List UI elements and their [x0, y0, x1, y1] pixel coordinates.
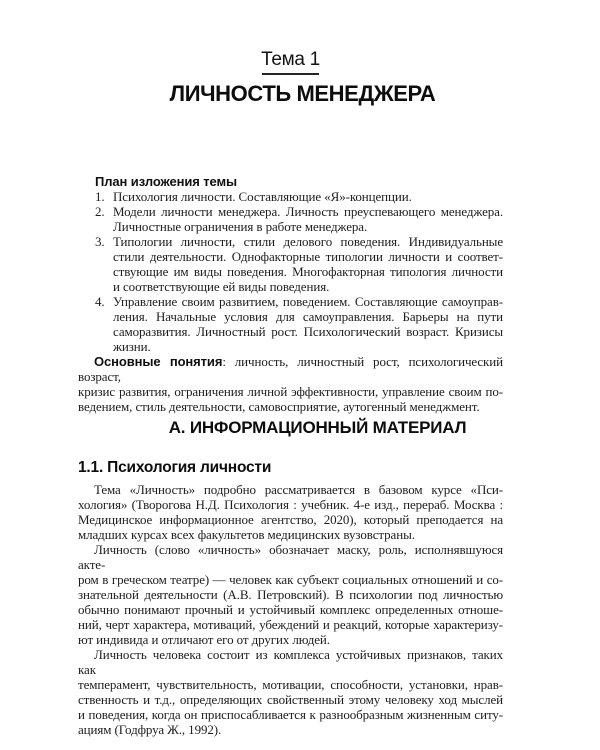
body-text-block: Тема «Личность» подробно рассматривается…	[78, 482, 503, 737]
text-line: ствующие им виды поведения. Многофакторн…	[113, 264, 503, 279]
paragraph: Личность человека состоит из комплекса у…	[78, 647, 503, 737]
text-line: хология» (Творогова Н.Д. Психология : уч…	[78, 497, 503, 512]
text-line: стили деятельности. Однофакторные типоло…	[113, 249, 503, 264]
text-line: ют индивида и отличают его от других люд…	[78, 632, 503, 647]
text-line: ственность и т.д., определяющих свойстве…	[78, 692, 503, 707]
text-line: обычно понимают прочный и устойчивый ком…	[78, 602, 503, 617]
text-line: Управление своим развитием, поведением. …	[113, 294, 503, 309]
section-heading: А. ИНФОРМАЦИОННЫЙ МАТЕРИАЛ	[105, 418, 530, 438]
list-item-number: 4.	[95, 294, 113, 354]
chapter-title: ЛИЧНОСТЬ МЕНЕДЖЕРА	[90, 82, 515, 106]
key-concepts-paragraph: Основные понятия: личность, личностный р…	[78, 354, 503, 414]
text-line: и соответствующие ей виды поведения.	[113, 279, 503, 294]
list-item-text: Управление своим развитием, поведением. …	[113, 294, 503, 354]
text-line: Психология личности. Составляющие «Я»-ко…	[113, 189, 503, 204]
text-line: Личностные ограничения в работе менеджер…	[113, 219, 503, 234]
list-item-number: 2.	[95, 204, 113, 234]
text-line: знательной деятельности (А.В. Петровский…	[78, 587, 503, 602]
text-line: Модели личности менеджера. Личность преу…	[113, 204, 503, 219]
text-line: темперамент, чувствительность, мотивации…	[78, 677, 503, 692]
text-line: Тема «Личность» подробно рассматривается…	[78, 482, 503, 497]
plan-list-item: 4.Управление своим развитием, поведением…	[78, 294, 503, 354]
text-line: Медицинское информационное агентство, 20…	[78, 512, 503, 527]
text-line: Основные понятия: личность, личностный р…	[78, 354, 503, 384]
list-item-number: 1.	[95, 189, 113, 204]
text-line: кризис развития, ограничения личной эффе…	[78, 384, 503, 399]
text-line: Личность человека состоит из комплекса у…	[78, 647, 503, 677]
list-item-number: 3.	[95, 234, 113, 294]
scanned-book-page: Тема 1 ЛИЧНОСТЬ МЕНЕДЖЕРА План изложения…	[78, 0, 503, 737]
key-term-label: Основные понятия	[94, 354, 222, 369]
text-line: Личность (слово «личность» обозначает ма…	[78, 542, 503, 572]
plan-block: План изложения темы 1.Психология личност…	[78, 174, 503, 414]
text-line: ром в греческом театре) — человек как су…	[78, 572, 503, 587]
subsection-heading: 1.1. Психология личности	[78, 459, 503, 477]
plan-list-item: 1.Психология личности. Составляющие «Я»-…	[78, 189, 503, 204]
text-line: младших курсах всех факультетов медицинс…	[78, 527, 503, 542]
text-line: ний, черт характера, мотиваций, убеждени…	[78, 617, 503, 632]
text-line: ведением, стиль деятельности, самовоспри…	[78, 399, 503, 414]
text-line: ациям (Годфруа Ж., 1992).	[78, 722, 503, 737]
theme-number-heading: Тема 1	[78, 49, 503, 70]
text-line: Типологии личности, стили делового повед…	[113, 234, 503, 249]
plan-heading: План изложения темы	[78, 174, 503, 189]
plan-list-item: 2.Модели личности менеджера. Личность пр…	[78, 204, 503, 234]
plan-list-item: 3.Типологии личности, стили делового пов…	[78, 234, 503, 294]
plan-list: 1.Психология личности. Составляющие «Я»-…	[78, 189, 503, 354]
paragraph: Личность (слово «личность» обозначает ма…	[78, 542, 503, 647]
paragraph: Тема «Личность» подробно рассматривается…	[78, 482, 503, 542]
list-item-text: Психология личности. Составляющие «Я»-ко…	[113, 189, 503, 204]
heading-underline-rule	[262, 73, 319, 75]
text-line: саморазвития. Личностный рост. Психологи…	[113, 324, 503, 339]
list-item-text: Модели личности менеджера. Личность преу…	[113, 204, 503, 234]
text-line: и поведения, когда он приспосабливается …	[78, 707, 503, 722]
text-line: жизни.	[113, 339, 503, 354]
list-item-text: Типологии личности, стили делового повед…	[113, 234, 503, 294]
text-line: ления. Начальные условия для самоуправле…	[113, 309, 503, 324]
